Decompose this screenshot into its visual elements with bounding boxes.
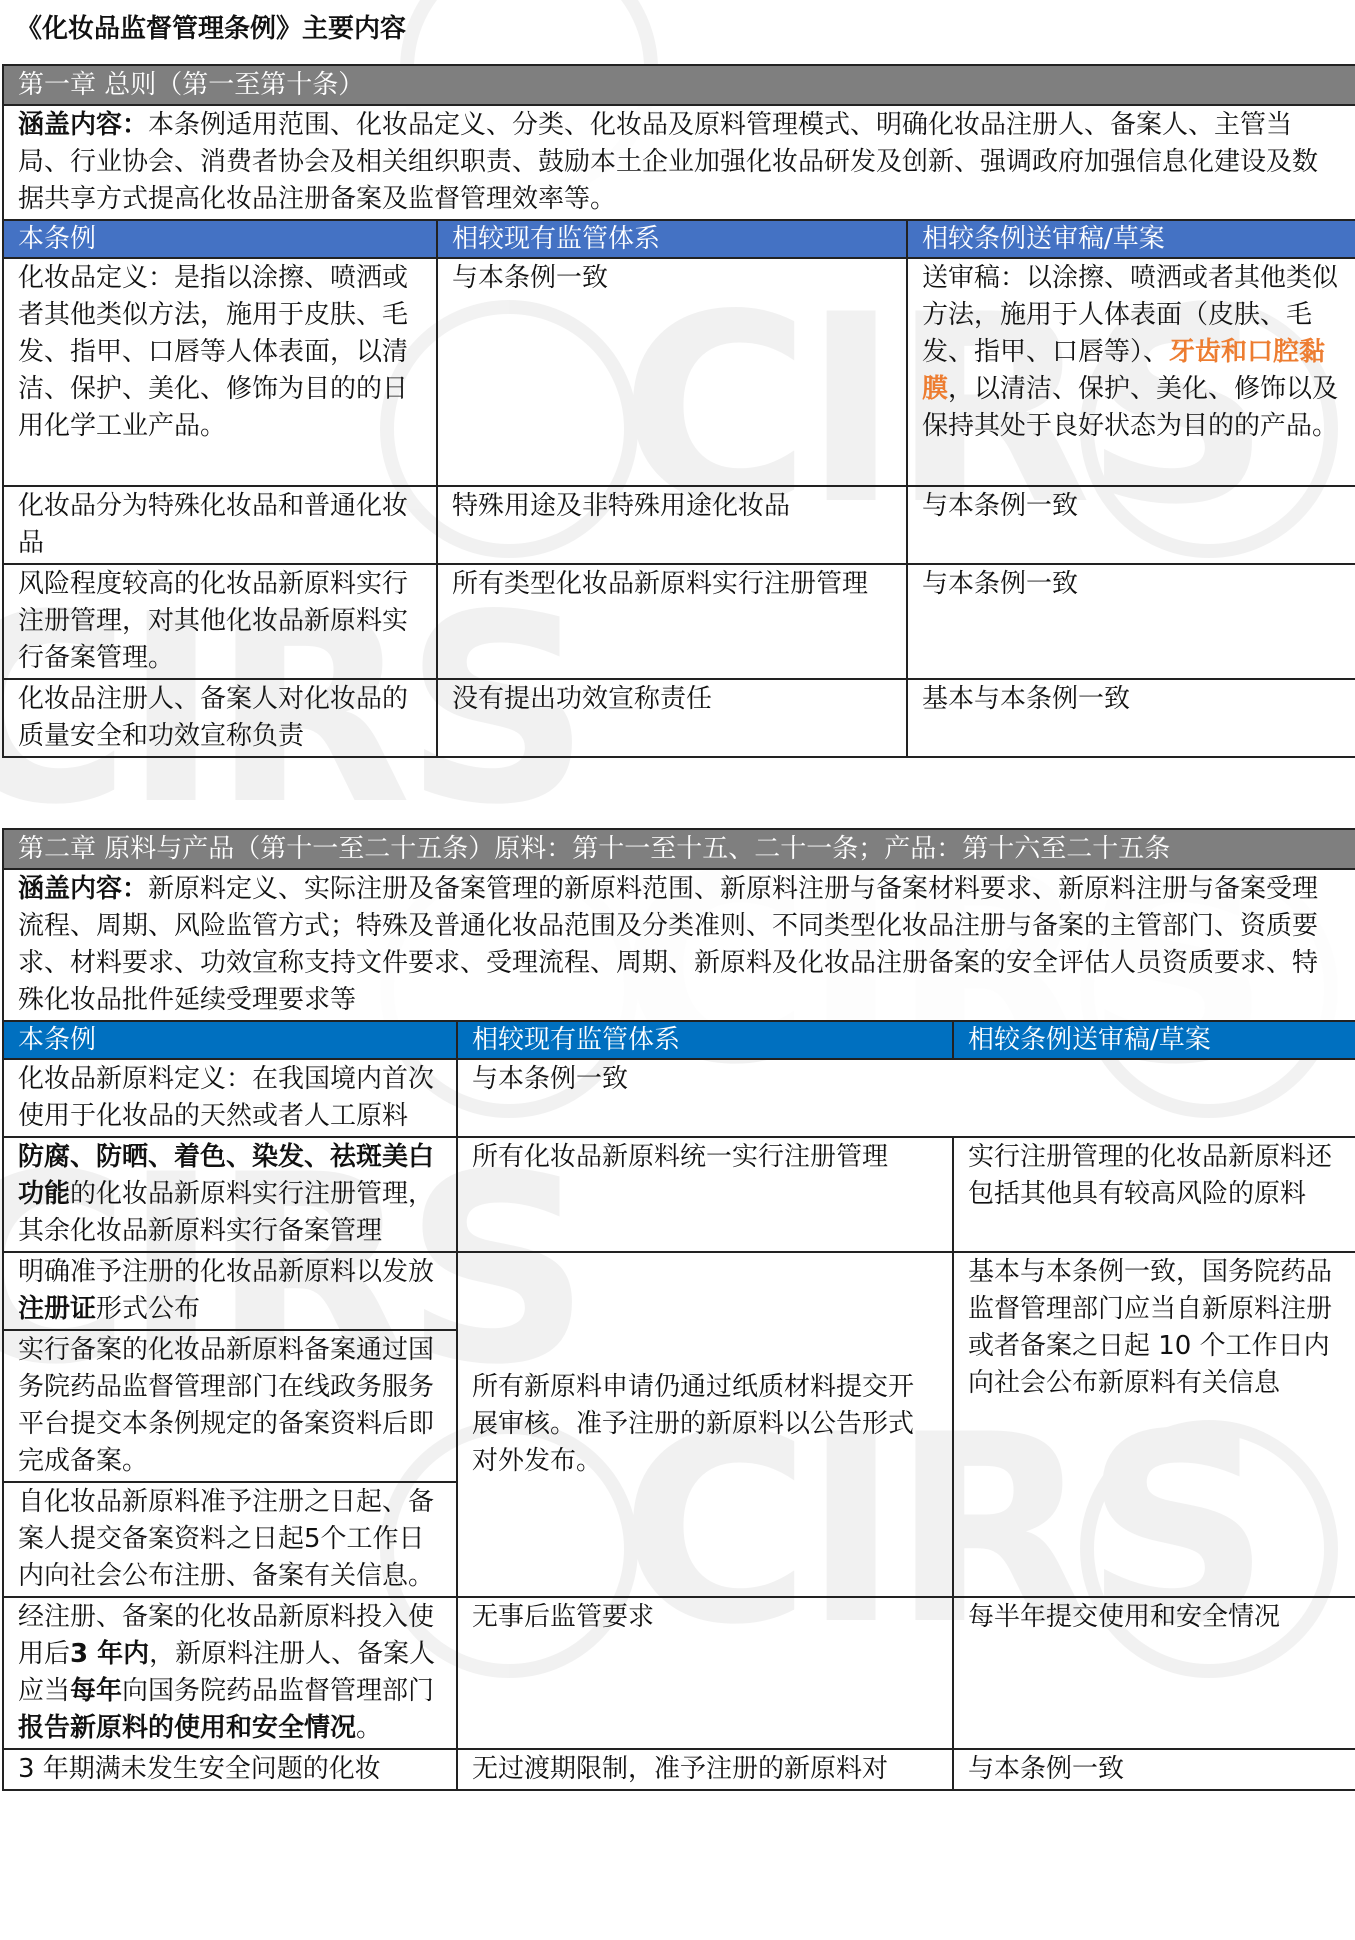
cell-vs-current: 无事后监管要求 (457, 1597, 953, 1749)
column-header-vs-draft: 相较条例送审稿/草案 (907, 220, 1355, 258)
chapter2-table: 第二章 原料与产品（第十一至二十五条）原料：第十一至十五、二十一条；产品：第十六… (2, 828, 1355, 1791)
cell-vs-current: 与本条例一致 (457, 1059, 1355, 1137)
cell-vs-draft: 基本与本条例一致，国务院药品监督管理部门应当自新原料注册或者备案之日起 10 个… (953, 1252, 1355, 1597)
coverage-text: 本条例适用范围、化妆品定义、分类、化妆品及原料管理模式、明确化妆品注册人、备案人… (18, 110, 1318, 214)
cell-vs-current: 特殊用途及非特殊用途化妆品 (437, 486, 907, 564)
cell-vs-draft: 与本条例一致 (907, 486, 1355, 564)
cell-vs-draft: 与本条例一致 (953, 1749, 1355, 1790)
coverage-text: 新原料定义、实际注册及备案管理的新原料范围、新原料注册与备案材料要求、新原料注册… (18, 874, 1318, 1015)
chapter2-coverage: 涵盖内容：新原料定义、实际注册及备案管理的新原料范围、新原料注册与备案材料要求、… (3, 869, 1355, 1021)
cell-vs-draft: 与本条例一致 (907, 564, 1355, 679)
cell-vs-current: 所有新原料申请仍通过纸质材料提交开展审核。准予注册的新原料以公告形式对外发布。 (457, 1252, 953, 1597)
table-row: 化妆品注册人、备案人对化妆品的质量安全和功效宣称负责 没有提出功效宣称责任 基本… (3, 679, 1355, 757)
chapter2-title: 第二章 原料与产品（第十一至二十五条）原料：第十一至十五、二十一条；产品：第十六… (3, 829, 1355, 869)
cell-regulation: 防腐、防晒、着色、染发、祛斑美白功能的化妆品新原料实行注册管理，其余化妆品新原料… (3, 1137, 457, 1252)
cell-vs-draft: 基本与本条例一致 (907, 679, 1355, 757)
table-row: 化妆品分为特殊化妆品和普通化妆品 特殊用途及非特殊用途化妆品 与本条例一致 (3, 486, 1355, 564)
column-header-regulation: 本条例 (3, 1021, 457, 1059)
cell-regulation: 实行备案的化妆品新原料备案通过国务院药品监督管理部门在线政务服务平台提交本条例规… (3, 1330, 457, 1482)
column-header-vs-draft: 相较条例送审稿/草案 (953, 1021, 1355, 1059)
page-title: 《化妆品监督管理条例》主要内容 (16, 8, 406, 45)
cell-regulation: 明确准予注册的化妆品新原料以发放注册证形式公布 (3, 1252, 457, 1330)
table-row: 化妆品新原料定义：在我国境内首次使用于化妆品的天然或者人工原料 与本条例一致 (3, 1059, 1355, 1137)
cell-vs-current: 与本条例一致 (437, 258, 907, 486)
cell-vs-current: 无过渡期限制，准予注册的新原料对 (457, 1749, 953, 1790)
coverage-label: 涵盖内容： (18, 874, 148, 904)
cell-regulation: 化妆品定义：是指以涂擦、喷洒或者其他类似方法，施用于皮肤、毛发、指甲、口唇等人体… (3, 258, 437, 486)
cell-regulation: 经注册、备案的化妆品新原料投入使用后3 年内，新原料注册人、备案人应当每年向国务… (3, 1597, 457, 1749)
table-row: 化妆品定义：是指以涂擦、喷洒或者其他类似方法，施用于皮肤、毛发、指甲、口唇等人体… (3, 258, 1355, 486)
coverage-label: 涵盖内容： (18, 110, 148, 140)
cell-vs-draft: 每半年提交使用和安全情况 (953, 1597, 1355, 1749)
cell-regulation: 化妆品注册人、备案人对化妆品的质量安全和功效宣称负责 (3, 679, 437, 757)
cell-vs-current: 没有提出功效宣称责任 (437, 679, 907, 757)
chapter1-title: 第一章 总则（第一至第十条） (3, 65, 1355, 105)
cell-regulation: 3 年期满未发生安全问题的化妆 (3, 1749, 457, 1790)
table-row: 明确准予注册的化妆品新原料以发放注册证形式公布 所有新原料申请仍通过纸质材料提交… (3, 1252, 1355, 1330)
table-row: 3 年期满未发生安全问题的化妆 无过渡期限制，准予注册的新原料对 与本条例一致 (3, 1749, 1355, 1790)
table-row: 风险程度较高的化妆品新原料实行注册管理，对其他化妆品新原料实行备案管理。 所有类… (3, 564, 1355, 679)
cell-vs-draft: 实行注册管理的化妆品新原料还包括其他具有较高风险的原料 (953, 1137, 1355, 1252)
cell-vs-draft: 送审稿：以涂擦、喷洒或者其他类似方法，施用于人体表面（皮肤、毛发、指甲、口唇等）… (907, 258, 1355, 486)
chapter1-coverage: 涵盖内容：本条例适用范围、化妆品定义、分类、化妆品及原料管理模式、明确化妆品注册… (3, 105, 1355, 220)
cell-vs-current: 所有类型化妆品新原料实行注册管理 (437, 564, 907, 679)
chapter1-table: 第一章 总则（第一至第十条） 涵盖内容：本条例适用范围、化妆品定义、分类、化妆品… (2, 64, 1355, 758)
column-header-vs-current: 相较现有监管体系 (437, 220, 907, 258)
column-header-regulation: 本条例 (3, 220, 437, 258)
column-header-vs-current: 相较现有监管体系 (457, 1021, 953, 1059)
cell-regulation: 自化妆品新原料准予注册之日起、备案人提交备案资料之日起5个工作日内向社会公布注册… (3, 1482, 457, 1597)
cell-vs-current: 所有化妆品新原料统一实行注册管理 (457, 1137, 953, 1252)
table-row: 经注册、备案的化妆品新原料投入使用后3 年内，新原料注册人、备案人应当每年向国务… (3, 1597, 1355, 1749)
cell-regulation: 风险程度较高的化妆品新原料实行注册管理，对其他化妆品新原料实行备案管理。 (3, 564, 437, 679)
cell-regulation: 化妆品分为特殊化妆品和普通化妆品 (3, 486, 437, 564)
cell-regulation: 化妆品新原料定义：在我国境内首次使用于化妆品的天然或者人工原料 (3, 1059, 457, 1137)
table-row: 防腐、防晒、着色、染发、祛斑美白功能的化妆品新原料实行注册管理，其余化妆品新原料… (3, 1137, 1355, 1252)
